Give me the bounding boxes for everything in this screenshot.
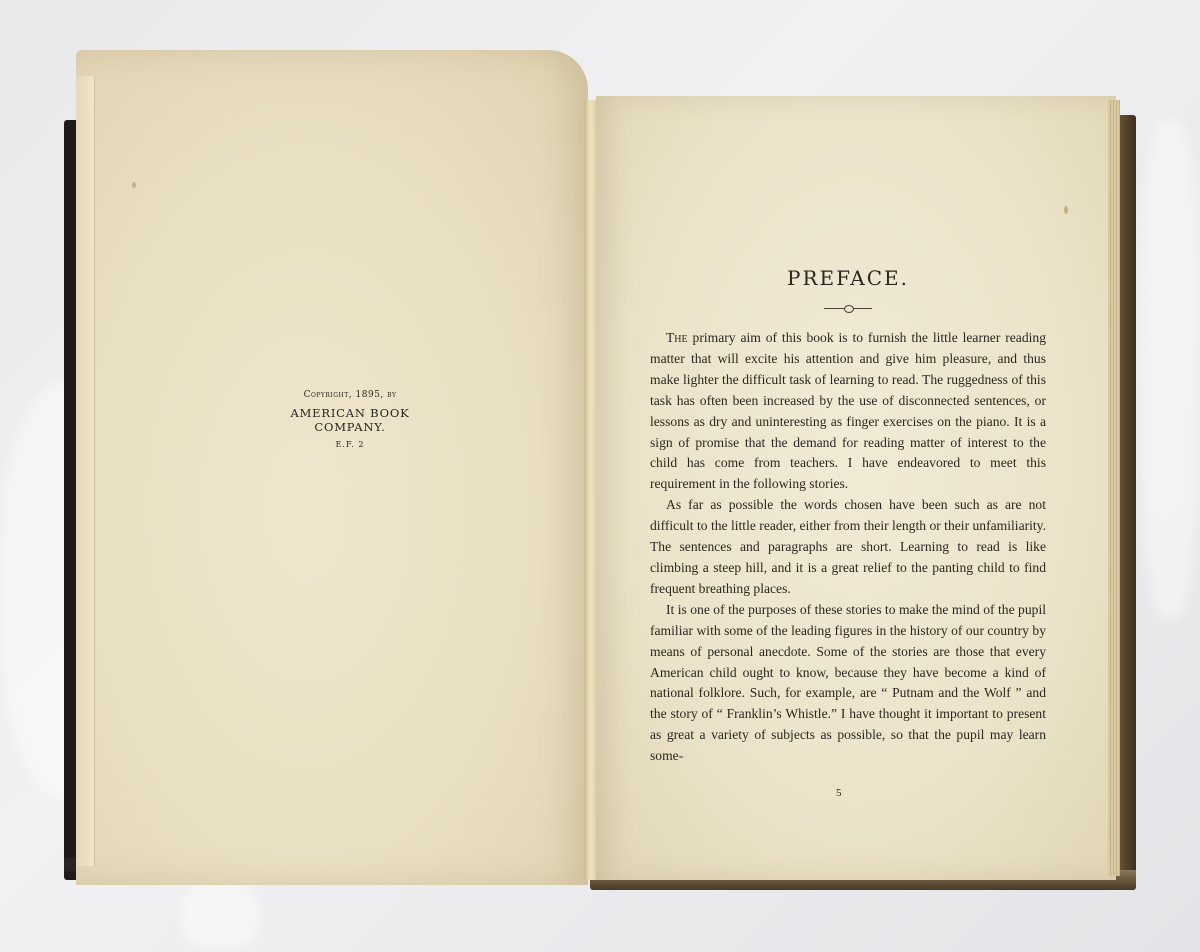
preface-heading: PREFACE. (650, 266, 1046, 290)
paragraph-lead-word: The (666, 330, 688, 345)
preface-paragraph-1: The primary aim of this book is to furni… (650, 328, 1046, 495)
preface-paragraph-2: As far as possible the words chosen have… (650, 495, 1046, 600)
ornament-rule-icon (824, 304, 872, 312)
printer-mark: E.F. 2 (260, 440, 440, 449)
left-page (76, 50, 588, 885)
preface-paragraph-3: It is one of the purposes of these stori… (650, 600, 1046, 767)
book-cover-right (1118, 115, 1136, 890)
paragraph-text: primary aim of this book is to furnish t… (650, 330, 1046, 491)
copyright-imprint: Copyright, 1895, by AMERICAN BOOK COMPAN… (260, 390, 440, 449)
copyright-line: Copyright, 1895, by (260, 390, 440, 400)
left-page-edge (76, 76, 95, 866)
page-number: 5 (836, 787, 842, 799)
publisher-name: AMERICAN BOOK COMPANY. (260, 406, 440, 434)
foxing-spot (1064, 206, 1068, 214)
preface-section: PREFACE. The primary aim of this book is… (650, 266, 1046, 767)
open-book: Copyright, 1895, by AMERICAN BOOK COMPAN… (0, 0, 1200, 952)
right-page-edge (1108, 100, 1120, 876)
foxing-spot (132, 182, 136, 188)
